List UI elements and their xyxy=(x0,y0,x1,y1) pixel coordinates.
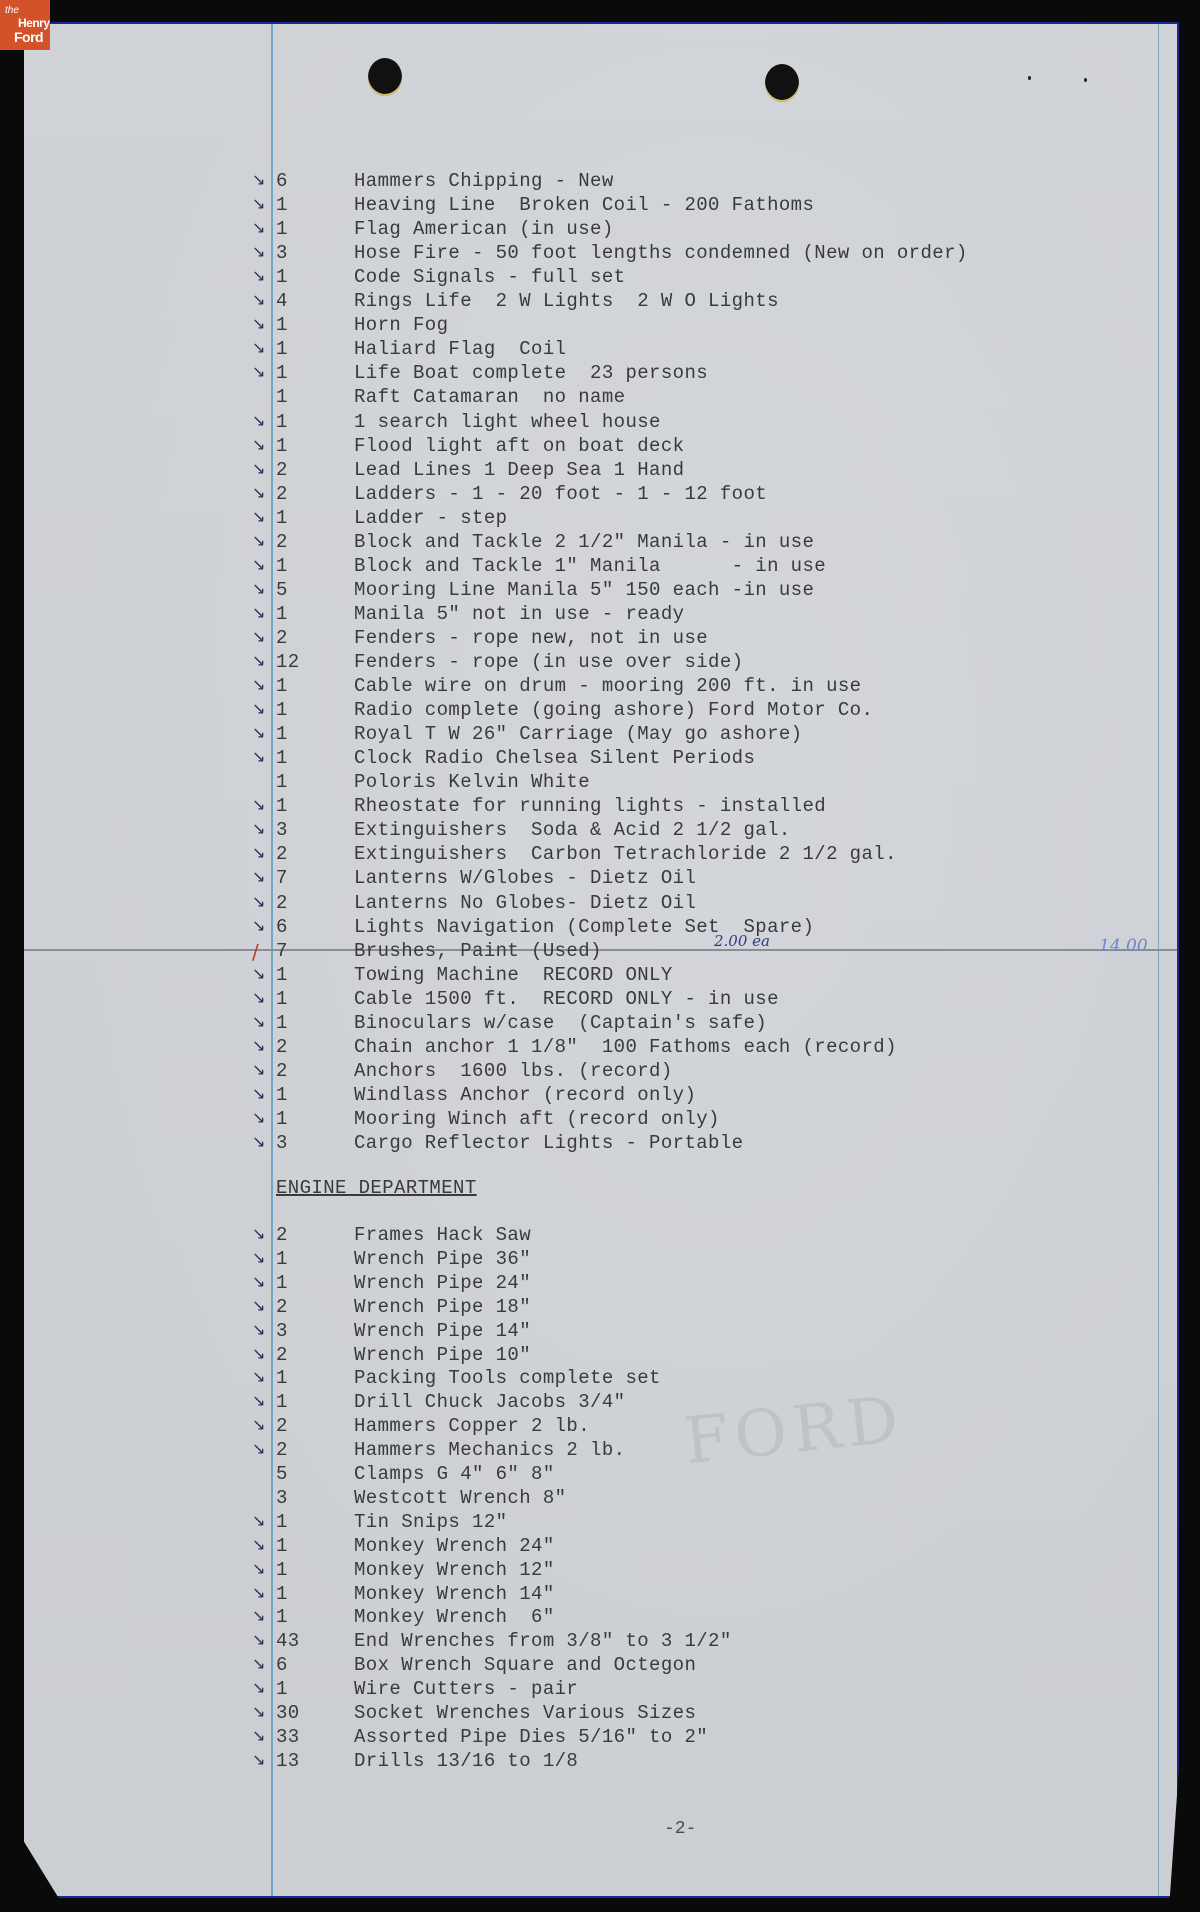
inventory-row: ↘1Binoculars w/case (Captain's safe) xyxy=(24,1012,1124,1036)
item-description: Wrench Pipe 10" xyxy=(354,1344,531,1366)
logo-ford: Ford xyxy=(14,30,43,44)
punch-hole-icon xyxy=(368,58,402,96)
inventory-row: ↘1Royal T W 26" Carriage (May go ashore) xyxy=(24,723,1124,747)
inventory-row: ↘6Hammers Chipping - New xyxy=(24,170,1124,194)
item-description: Ladder - step xyxy=(354,507,507,529)
item-description: Monkey Wrench 14" xyxy=(354,1583,555,1605)
inventory-row: ↘1Wrench Pipe 36" xyxy=(24,1248,1124,1272)
item-quantity: 6 xyxy=(276,916,288,938)
page-number: -2- xyxy=(664,1819,696,1839)
inventory-row: ↘1Horn Fog xyxy=(24,314,1124,338)
item-description: Windlass Anchor (record only) xyxy=(354,1084,696,1106)
item-quantity: 13 xyxy=(276,1750,300,1772)
item-description: Mooring Line Manila 5" 150 each -in use xyxy=(354,579,814,601)
inventory-row: ↘3Extinguishers Soda & Acid 2 1/2 gal. xyxy=(24,819,1124,843)
inventory-row: ↘1Clock Radio Chelsea Silent Periods xyxy=(24,747,1124,771)
item-quantity: 3 xyxy=(276,1320,288,1342)
item-description: Anchors 1600 lbs. (record) xyxy=(354,1060,673,1082)
check-mark-icon: ↘ xyxy=(252,1320,270,1339)
check-mark-icon: ↘ xyxy=(252,843,270,862)
item-quantity: 6 xyxy=(276,170,288,192)
item-quantity: 2 xyxy=(276,843,288,865)
handwritten-line-total: 14.00 xyxy=(1099,936,1148,956)
check-mark-icon: ↘ xyxy=(252,1511,270,1530)
check-mark-icon: ↘ xyxy=(252,338,270,357)
item-quantity: 5 xyxy=(276,1463,288,1485)
item-description: Code Signals - full set xyxy=(354,266,625,288)
item-description: Lanterns W/Globes - Dietz Oil xyxy=(354,867,696,889)
item-quantity: 2 xyxy=(276,531,288,553)
item-quantity: 1 xyxy=(276,362,288,384)
item-description: Royal T W 26" Carriage (May go ashore) xyxy=(354,723,802,745)
item-quantity: 1 xyxy=(276,723,288,745)
item-description: Fenders - rope (in use over side) xyxy=(354,651,743,673)
check-mark-icon: ↘ xyxy=(252,1132,270,1151)
item-quantity: 1 xyxy=(276,507,288,529)
inventory-row: ↘1Manila 5" not in use - ready xyxy=(24,603,1124,627)
item-description: Box Wrench Square and Octegon xyxy=(354,1654,696,1676)
inventory-row: ↘2Block and Tackle 2 1/2" Manila - in us… xyxy=(24,531,1124,555)
check-mark-icon: ↘ xyxy=(252,1606,270,1625)
item-description: Clock Radio Chelsea Silent Periods xyxy=(354,747,755,769)
check-mark-icon: ↘ xyxy=(252,411,270,430)
check-mark-icon: ↘ xyxy=(252,579,270,598)
item-quantity: 1 xyxy=(276,1248,288,1270)
inventory-row: ↘1Tin Snips 12" xyxy=(24,1511,1124,1535)
check-mark-icon: ↘ xyxy=(252,1415,270,1434)
check-mark-icon: ↘ xyxy=(252,1036,270,1055)
item-description: Flood light aft on boat deck xyxy=(354,435,684,457)
item-quantity: 2 xyxy=(276,1415,288,1437)
item-quantity: 7 xyxy=(276,940,288,962)
item-quantity: 1 xyxy=(276,194,288,216)
inventory-row: ↘1Monkey Wrench 24" xyxy=(24,1535,1124,1559)
item-quantity: 1 xyxy=(276,1535,288,1557)
item-quantity: 3 xyxy=(276,819,288,841)
item-description: Packing Tools complete set xyxy=(354,1367,661,1389)
item-quantity: 1 xyxy=(276,218,288,240)
inventory-row: ↘12Fenders - rope (in use over side) xyxy=(24,651,1124,675)
punch-hole-icon xyxy=(765,64,799,102)
check-mark-icon: ↘ xyxy=(252,1439,270,1458)
item-quantity: 2 xyxy=(276,459,288,481)
inventory-row: ↘1Ladder - step xyxy=(24,507,1124,531)
item-quantity: 2 xyxy=(276,1439,288,1461)
check-mark-icon: ↘ xyxy=(252,266,270,285)
item-description: Monkey Wrench 24" xyxy=(354,1535,555,1557)
item-quantity: 3 xyxy=(276,242,288,264)
inventory-row: ↘3Cargo Reflector Lights - Portable xyxy=(24,1132,1124,1156)
check-mark-icon: ↘ xyxy=(252,1726,270,1745)
inventory-row: ↘43End Wrenches from 3/8" to 3 1/2" xyxy=(24,1630,1124,1654)
inventory-row: ↘2Lead Lines 1 Deep Sea 1 Hand xyxy=(24,459,1124,483)
item-quantity: 30 xyxy=(276,1702,300,1724)
check-mark-icon: ↘ xyxy=(252,651,270,670)
item-quantity: 2 xyxy=(276,627,288,649)
item-description: Socket Wrenches Various Sizes xyxy=(354,1702,696,1724)
inventory-row: ↘6Box Wrench Square and Octegon xyxy=(24,1654,1124,1678)
item-description: Ladders - 1 - 20 foot - 1 - 12 foot xyxy=(354,483,767,505)
item-quantity: 1 xyxy=(276,964,288,986)
item-quantity: 1 xyxy=(276,1391,288,1413)
inventory-row: ↘2Frames Hack Saw xyxy=(24,1224,1124,1248)
item-quantity: 4 xyxy=(276,290,288,312)
item-description: Wrench Pipe 14" xyxy=(354,1320,531,1342)
item-description: Chain anchor 1 1/8" 100 Fathoms each (re… xyxy=(354,1036,897,1058)
check-mark-icon: ↘ xyxy=(252,1535,270,1554)
item-quantity: 33 xyxy=(276,1726,300,1748)
inventory-row: ↘1Heaving Line Broken Coil - 200 Fathoms xyxy=(24,194,1124,218)
item-quantity: 2 xyxy=(276,1344,288,1366)
check-mark-icon: ↘ xyxy=(252,1702,270,1721)
item-quantity: 2 xyxy=(276,892,288,914)
item-description: Hammers Copper 2 lb. xyxy=(354,1415,590,1437)
check-mark-icon: ↘ xyxy=(252,1367,270,1386)
inventory-row: ↘6Lights Navigation (Complete Set Spare) xyxy=(24,916,1124,940)
item-description: Monkey Wrench 12" xyxy=(354,1559,555,1581)
item-description: Hammers Chipping - New xyxy=(354,170,614,192)
check-mark-icon: ↘ xyxy=(252,675,270,694)
inventory-row: ↘1Cable 1500 ft. RECORD ONLY - in use xyxy=(24,988,1124,1012)
item-description: 1 search light wheel house xyxy=(354,411,661,433)
logo-henry: Henry xyxy=(18,17,50,29)
inventory-row: ↘7Lanterns W/Globes - Dietz Oil xyxy=(24,867,1124,891)
item-description: Wrench Pipe 36" xyxy=(354,1248,531,1270)
item-description: Binoculars w/case (Captain's safe) xyxy=(354,1012,767,1034)
check-mark-icon: ↘ xyxy=(252,723,270,742)
item-description: Haliard Flag Coil xyxy=(354,338,566,360)
check-mark-icon: ↘ xyxy=(252,1272,270,1291)
item-quantity: 1 xyxy=(276,1108,288,1130)
item-description: Raft Catamaran no name xyxy=(354,386,625,408)
inventory-row: /7Brushes, Paint (Used) xyxy=(24,940,1124,964)
check-mark-icon: ↘ xyxy=(252,964,270,983)
inventory-row: ↘1Flag American (in use) xyxy=(24,218,1124,242)
item-quantity: 1 xyxy=(276,266,288,288)
item-quantity: 5 xyxy=(276,579,288,601)
item-quantity: 43 xyxy=(276,1630,300,1652)
item-description: Flag American (in use) xyxy=(354,218,614,240)
inventory-row: ↘5Mooring Line Manila 5" 150 each -in us… xyxy=(24,579,1124,603)
item-quantity: 1 xyxy=(276,435,288,457)
inventory-row: ↘1Packing Tools complete set xyxy=(24,1367,1124,1391)
item-quantity: 2 xyxy=(276,483,288,505)
check-mark-icon: ↘ xyxy=(252,555,270,574)
item-quantity: 3 xyxy=(276,1132,288,1154)
item-description: Block and Tackle 1" Manila - in use xyxy=(354,555,826,577)
check-mark-icon: ↘ xyxy=(252,1654,270,1673)
check-mark-icon: ↘ xyxy=(252,1344,270,1363)
item-description: Heaving Line Broken Coil - 200 Fathoms xyxy=(354,194,814,216)
item-description: Wrench Pipe 24" xyxy=(354,1272,531,1294)
check-mark-icon: ↘ xyxy=(252,483,270,502)
item-quantity: 1 xyxy=(276,411,288,433)
check-mark-icon: ↘ xyxy=(252,1060,270,1079)
item-quantity: 1 xyxy=(276,314,288,336)
check-mark-icon: ↘ xyxy=(252,867,270,886)
check-mark-icon: ↘ xyxy=(252,170,270,189)
item-quantity: 1 xyxy=(276,1511,288,1533)
check-mark-icon: ↘ xyxy=(252,1559,270,1578)
item-quantity: 2 xyxy=(276,1224,288,1246)
check-mark-icon: ↘ xyxy=(252,1084,270,1103)
item-quantity: 1 xyxy=(276,1012,288,1034)
check-mark-icon: ↘ xyxy=(252,1391,270,1410)
inventory-row: ↘33Assorted Pipe Dies 5/16" to 2" xyxy=(24,1726,1124,1750)
item-description: Rings Life 2 W Lights 2 W O Lights xyxy=(354,290,779,312)
inventory-row: ↘2Wrench Pipe 10" xyxy=(24,1344,1124,1368)
inventory-row: 5Clamps G 4" 6" 8" xyxy=(24,1463,1124,1487)
speck xyxy=(1084,78,1087,82)
henry-ford-logo: the Henry Ford xyxy=(0,0,50,50)
inventory-row: ↘1Monkey Wrench 6" xyxy=(24,1606,1124,1630)
inventory-row: ↘1Radio complete (going ashore) Ford Mot… xyxy=(24,699,1124,723)
speck xyxy=(1028,76,1031,80)
item-quantity: 2 xyxy=(276,1296,288,1318)
inventory-row: ↘1Drill Chuck Jacobs 3/4" xyxy=(24,1391,1124,1415)
inventory-row: ↘2Hammers Mechanics 2 lb. xyxy=(24,1439,1124,1463)
item-quantity: 1 xyxy=(276,988,288,1010)
item-description: Brushes, Paint (Used) xyxy=(354,940,602,962)
item-quantity: 1 xyxy=(276,771,288,793)
item-description: Extinguishers Soda & Acid 2 1/2 gal. xyxy=(354,819,791,841)
check-mark-icon: ↘ xyxy=(252,507,270,526)
item-quantity: 1 xyxy=(276,795,288,817)
inventory-row: ↘1Wire Cutters - pair xyxy=(24,1678,1124,1702)
item-quantity: 1 xyxy=(276,1272,288,1294)
inventory-row: ↘1Monkey Wrench 12" xyxy=(24,1559,1124,1583)
item-quantity: 7 xyxy=(276,867,288,889)
check-mark-icon: ↘ xyxy=(252,1750,270,1769)
item-quantity: 12 xyxy=(276,651,300,673)
item-description: Horn Fog xyxy=(354,314,448,336)
inventory-row: ↘30Socket Wrenches Various Sizes xyxy=(24,1702,1124,1726)
check-mark-icon: ↘ xyxy=(252,1583,270,1602)
item-description: Wrench Pipe 18" xyxy=(354,1296,531,1318)
item-description: Clamps G 4" 6" 8" xyxy=(354,1463,555,1485)
inventory-row: ↘2Ladders - 1 - 20 foot - 1 - 12 foot xyxy=(24,483,1124,507)
item-quantity: 1 xyxy=(276,1583,288,1605)
item-description: Frames Hack Saw xyxy=(354,1224,531,1246)
item-description: Mooring Winch aft (record only) xyxy=(354,1108,720,1130)
inventory-row: ↘2Wrench Pipe 18" xyxy=(24,1296,1124,1320)
item-description: Cargo Reflector Lights - Portable xyxy=(354,1132,743,1154)
inventory-row: ↘1Code Signals - full set xyxy=(24,266,1124,290)
inventory-row: 1Raft Catamaran no name xyxy=(24,386,1124,410)
right-margin-rule xyxy=(1158,24,1159,1896)
item-description: Poloris Kelvin White xyxy=(354,771,590,793)
item-quantity: 2 xyxy=(276,1036,288,1058)
inventory-page: FORD ↘6Hammers Chipping - New↘1Heaving L… xyxy=(24,22,1179,1898)
logo-the: the xyxy=(5,6,19,16)
check-mark-icon: ↘ xyxy=(252,603,270,622)
item-description: Fenders - rope new, not in use xyxy=(354,627,708,649)
inventory-row: ↘2Fenders - rope new, not in use xyxy=(24,627,1124,651)
item-quantity: 1 xyxy=(276,1367,288,1389)
item-description: Block and Tackle 2 1/2" Manila - in use xyxy=(354,531,814,553)
item-description: Manila 5" not in use - ready xyxy=(354,603,684,625)
inventory-row: ↘1Rheostate for running lights - install… xyxy=(24,795,1124,819)
check-mark-icon: ↘ xyxy=(252,290,270,309)
red-check-mark-icon: / xyxy=(252,940,270,964)
item-description: Rheostate for running lights - installed xyxy=(354,795,826,817)
inventory-row: ↘1Cable wire on drum - mooring 200 ft. i… xyxy=(24,675,1124,699)
check-mark-icon: ↘ xyxy=(252,459,270,478)
item-description: Assorted Pipe Dies 5/16" to 2" xyxy=(354,1726,708,1748)
check-mark-icon: ↘ xyxy=(252,1296,270,1315)
item-description: Tin Snips 12" xyxy=(354,1511,507,1533)
check-mark-icon: ↘ xyxy=(252,699,270,718)
check-mark-icon: ↘ xyxy=(252,362,270,381)
inventory-row: ↘1Flood light aft on boat deck xyxy=(24,435,1124,459)
check-mark-icon: ↘ xyxy=(252,916,270,935)
check-mark-icon: ↘ xyxy=(252,819,270,838)
check-mark-icon: ↘ xyxy=(252,242,270,261)
item-description: Lanterns No Globes- Dietz Oil xyxy=(354,892,696,914)
inventory-row: ↘1Monkey Wrench 14" xyxy=(24,1583,1124,1607)
inventory-row: ↘1Windlass Anchor (record only) xyxy=(24,1084,1124,1108)
inventory-row: ↘2Chain anchor 1 1/8" 100 Fathoms each (… xyxy=(24,1036,1124,1060)
inventory-row: ↘3Wrench Pipe 14" xyxy=(24,1320,1124,1344)
item-quantity: 1 xyxy=(276,747,288,769)
inventory-row: ↘1Towing Machine RECORD ONLY xyxy=(24,964,1124,988)
check-mark-icon: ↘ xyxy=(252,194,270,213)
item-quantity: 1 xyxy=(276,338,288,360)
check-mark-icon: ↘ xyxy=(252,627,270,646)
item-quantity: 1 xyxy=(276,1559,288,1581)
item-quantity: 1 xyxy=(276,1678,288,1700)
item-description: Radio complete (going ashore) Ford Motor… xyxy=(354,699,873,721)
check-mark-icon: ↘ xyxy=(252,1630,270,1649)
check-mark-icon: ↘ xyxy=(252,1224,270,1243)
item-description: Life Boat complete 23 persons xyxy=(354,362,708,384)
check-mark-icon: ↘ xyxy=(252,314,270,333)
item-description: Cable wire on drum - mooring 200 ft. in … xyxy=(354,675,861,697)
check-mark-icon: ↘ xyxy=(252,1108,270,1127)
check-mark-icon: ↘ xyxy=(252,892,270,911)
check-mark-icon: ↘ xyxy=(252,1678,270,1697)
inventory-row: ↘2Lanterns No Globes- Dietz Oil xyxy=(24,892,1124,916)
item-description: Towing Machine RECORD ONLY xyxy=(354,964,673,986)
inventory-row: ↘1Wrench Pipe 24" xyxy=(24,1272,1124,1296)
check-mark-icon: ↘ xyxy=(252,1012,270,1031)
item-description: Hammers Mechanics 2 lb. xyxy=(354,1439,625,1461)
item-quantity: 2 xyxy=(276,1060,288,1082)
check-mark-icon: ↘ xyxy=(252,1248,270,1267)
item-description: Lead Lines 1 Deep Sea 1 Hand xyxy=(354,459,684,481)
item-quantity: 1 xyxy=(276,555,288,577)
check-mark-icon: ↘ xyxy=(252,795,270,814)
inventory-row: ↘2Hammers Copper 2 lb. xyxy=(24,1415,1124,1439)
inventory-row: ↘2Extinguishers Carbon Tetrachloride 2 1… xyxy=(24,843,1124,867)
item-description: Drills 13/16 to 1/8 xyxy=(354,1750,578,1772)
inventory-row: ↘13Drills 13/16 to 1/8 xyxy=(24,1750,1124,1774)
item-quantity: 1 xyxy=(276,699,288,721)
item-description: Extinguishers Carbon Tetrachloride 2 1/2… xyxy=(354,843,897,865)
item-description: Wire Cutters - pair xyxy=(354,1678,578,1700)
inventory-row: ↘4Rings Life 2 W Lights 2 W O Lights xyxy=(24,290,1124,314)
inventory-row: ↘2Anchors 1600 lbs. (record) xyxy=(24,1060,1124,1084)
inventory-row: ↘3Hose Fire - 50 foot lengths condemned … xyxy=(24,242,1124,266)
check-mark-icon: ↘ xyxy=(252,747,270,766)
inventory-row: ↘1Block and Tackle 1" Manila - in use xyxy=(24,555,1124,579)
inventory-row: 1Poloris Kelvin White xyxy=(24,771,1124,795)
item-description: Drill Chuck Jacobs 3/4" xyxy=(354,1391,625,1413)
engine-department-heading: ENGINE DEPARTMENT xyxy=(276,1177,477,1199)
inventory-row: ↘1Mooring Winch aft (record only) xyxy=(24,1108,1124,1132)
check-mark-icon: ↘ xyxy=(252,218,270,237)
inventory-row: ↘11 search light wheel house xyxy=(24,411,1124,435)
check-mark-icon: ↘ xyxy=(252,988,270,1007)
check-mark-icon: ↘ xyxy=(252,531,270,550)
item-quantity: 6 xyxy=(276,1654,288,1676)
item-description: Monkey Wrench 6" xyxy=(354,1606,555,1628)
item-quantity: 1 xyxy=(276,1606,288,1628)
item-description: Hose Fire - 50 foot lengths condemned (N… xyxy=(354,242,968,264)
item-description: Westcott Wrench 8" xyxy=(354,1487,566,1509)
item-quantity: 1 xyxy=(276,675,288,697)
inventory-row: ↘1Life Boat complete 23 persons xyxy=(24,362,1124,386)
inventory-row: 3Westcott Wrench 8" xyxy=(24,1487,1124,1511)
item-quantity: 3 xyxy=(276,1487,288,1509)
item-quantity: 1 xyxy=(276,386,288,408)
inventory-row: ↘1Haliard Flag Coil xyxy=(24,338,1124,362)
item-description: Cable 1500 ft. RECORD ONLY - in use xyxy=(354,988,779,1010)
item-description: End Wrenches from 3/8" to 3 1/2" xyxy=(354,1630,732,1652)
handwritten-unit-price: 2.00 ea xyxy=(714,932,770,950)
item-quantity: 1 xyxy=(276,603,288,625)
check-mark-icon: ↘ xyxy=(252,435,270,454)
item-quantity: 1 xyxy=(276,1084,288,1106)
